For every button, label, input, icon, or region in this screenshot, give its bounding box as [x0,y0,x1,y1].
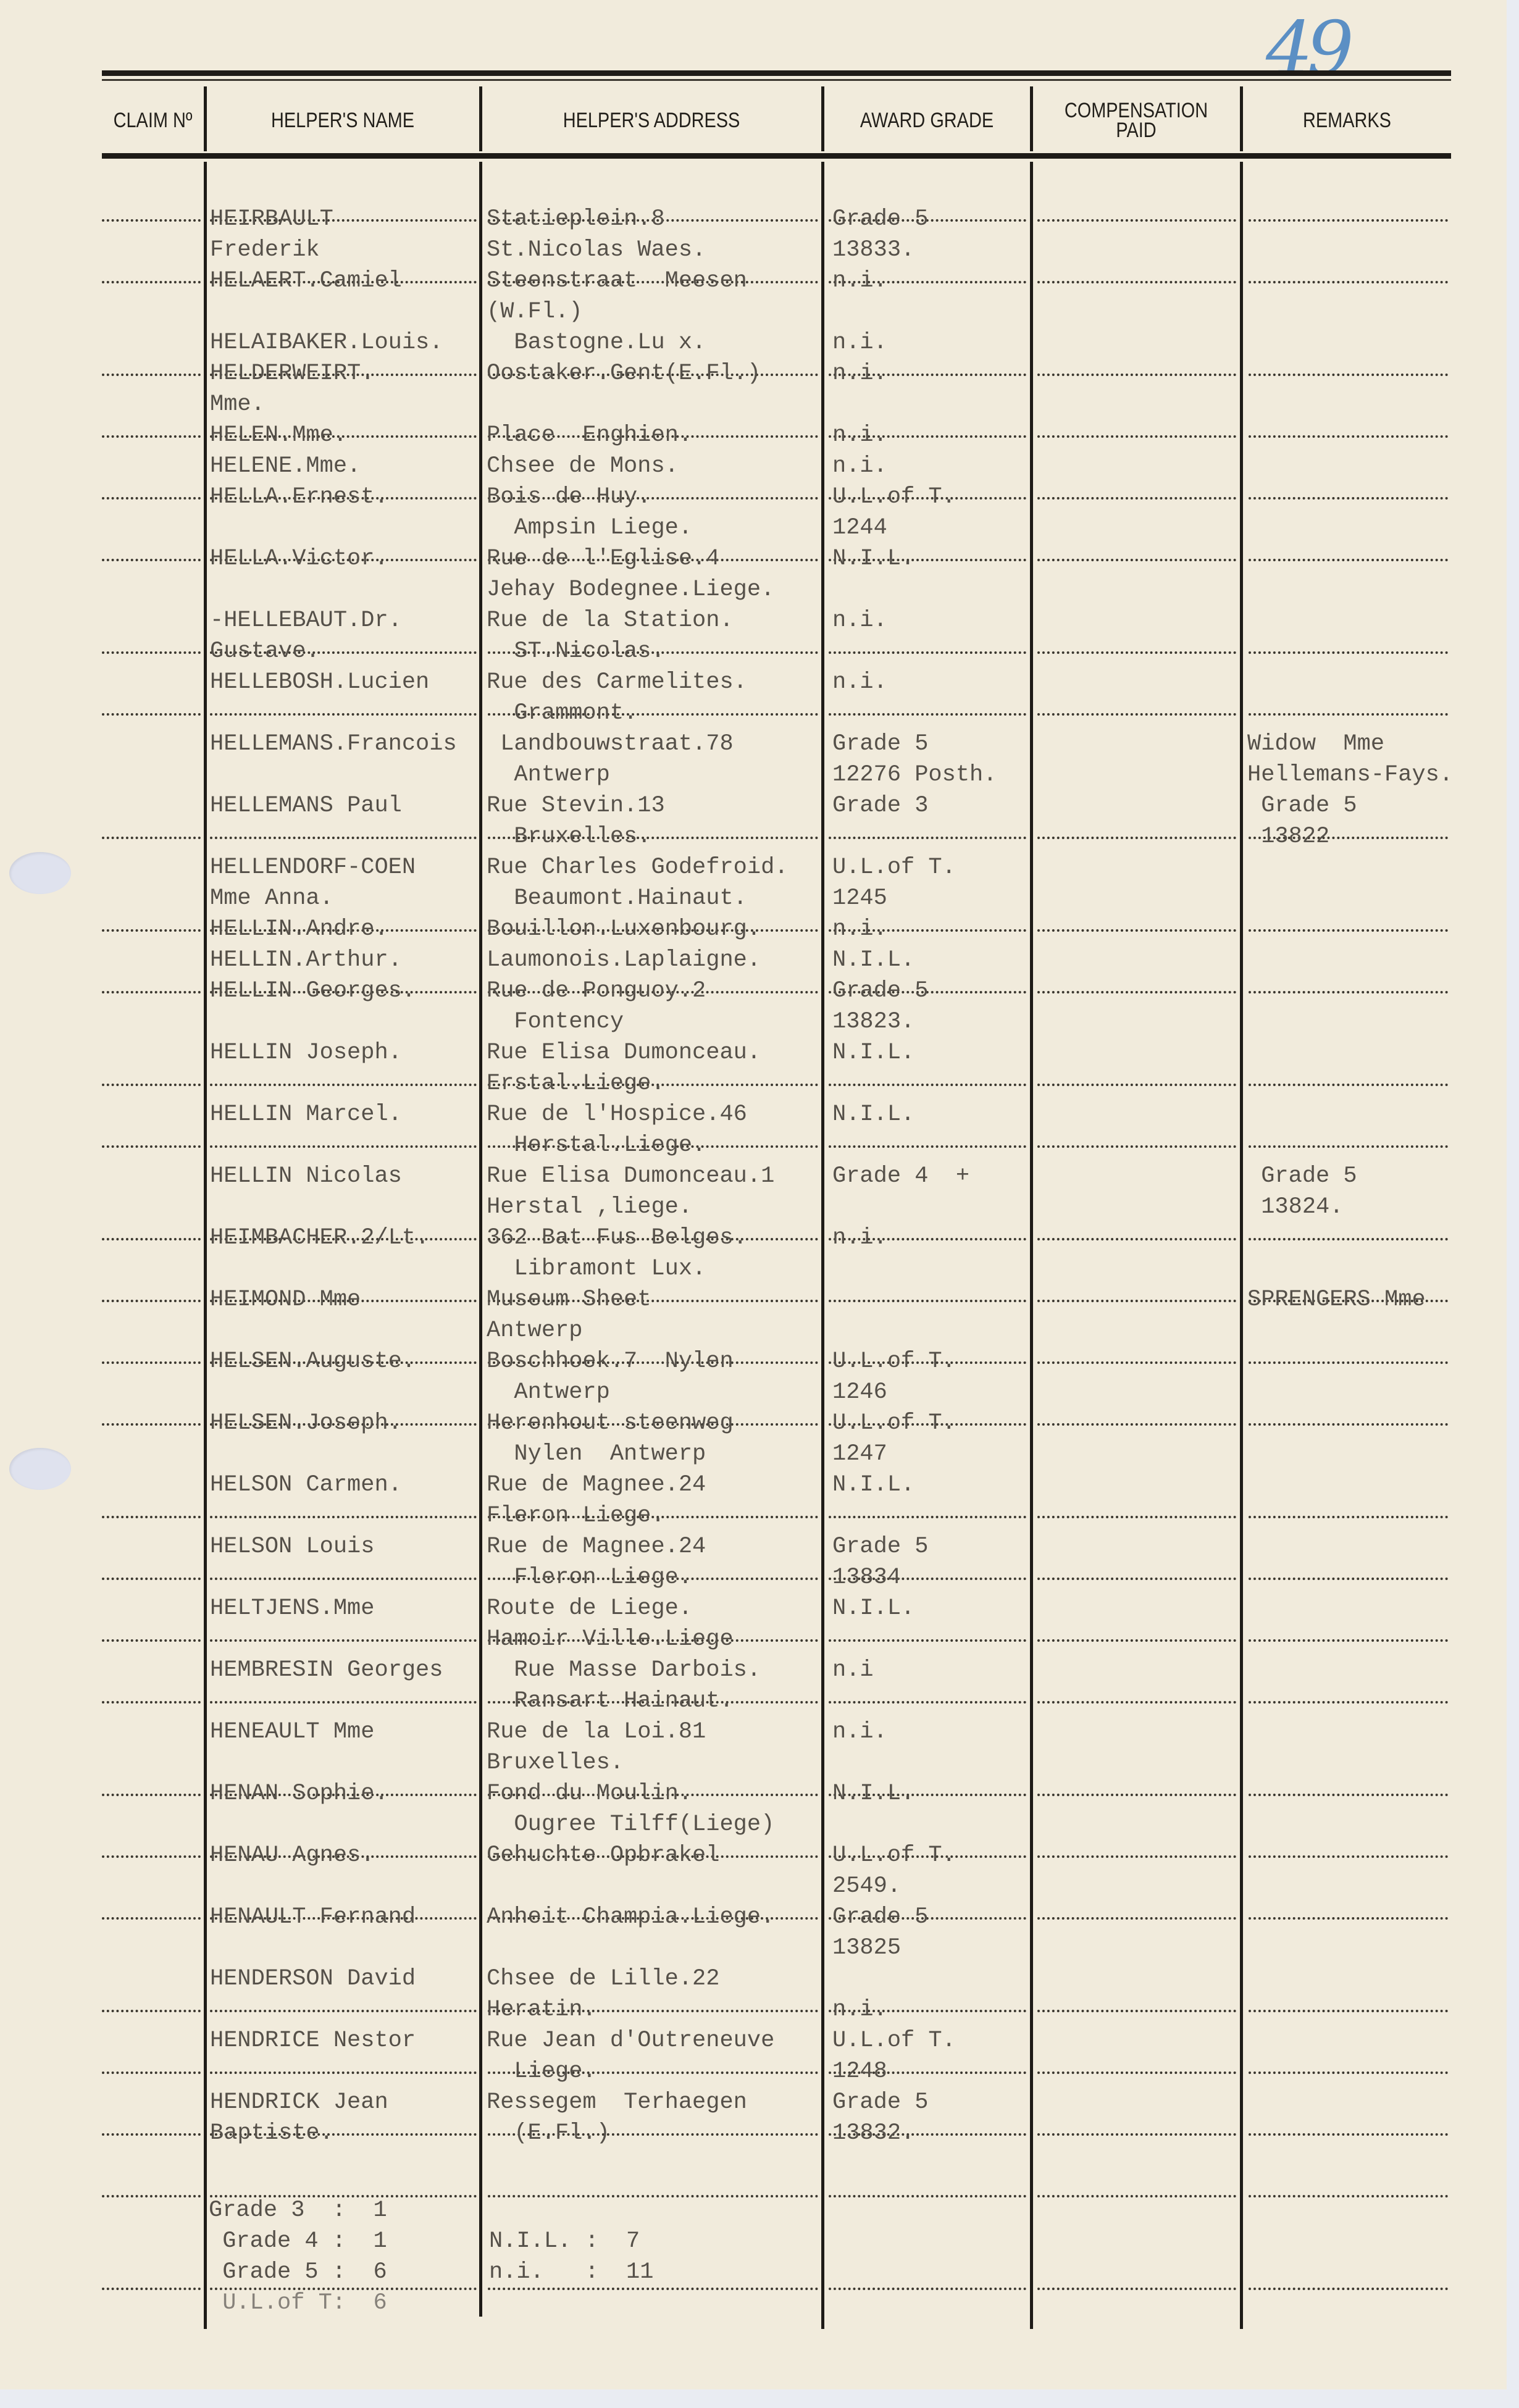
helper-address-cell: Rue de Magnee.24 [487,1469,706,1500]
helper-address-cell: Ampsin Liege. [487,512,692,543]
dotted-rule [210,2071,477,2074]
dotted-rule [102,2288,201,2290]
helper-name-cell: HELLIN Joseph. [210,1037,402,1068]
helper-address-cell: (E.Fl.) [487,2118,610,2149]
dotted-rule [1249,713,1448,716]
helper-name-cell: HELLIN Nicolas [210,1161,402,1192]
award-grade-cell: n.i. [832,1223,887,1253]
dotted-rule [102,2010,201,2012]
punch-hole [9,1448,71,1490]
dotted-rule [102,1300,201,1302]
dotted-rule [1037,1423,1236,1426]
dotted-rule [102,1084,201,1086]
helper-name-cell: HELAERT.Camiel [210,265,402,296]
dotted-rule [102,281,201,283]
dotted-rule [1037,1238,1236,1240]
column-divider [1030,86,1033,151]
award-grade-cell: 1246 [832,1377,887,1408]
header-award-grade: AWARD GRADE [840,93,1014,148]
dotted-rule [829,1701,1026,1704]
award-grade-cell: 12276 Posth. [832,759,997,790]
dotted-rule [1249,2195,1448,2197]
helper-address-cell: Rue de l'Eglise.4 [487,543,719,574]
dotted-rule [210,1516,477,1518]
award-grade-cell: n.i. [832,914,887,945]
helper-address-cell: Chsee de Mons. [487,451,679,482]
dotted-rule [1037,559,1236,561]
helper-name-cell: Mme Anna. [210,883,333,914]
dotted-rule [829,1084,1026,1086]
dotted-rule [102,929,201,932]
dotted-rule [1249,651,1448,654]
award-grade-cell: n.i. [832,1716,887,1747]
helper-address-cell: Museum Sheet [487,1284,651,1315]
dotted-rule [1037,1300,1236,1302]
helper-name-cell: HENAN Sophie. [210,1778,388,1809]
dotted-rule [102,2133,201,2136]
helper-name-cell: HELLEMANS.Francois [210,729,457,759]
dotted-rule [210,2010,477,2012]
dotted-rule [1037,2071,1236,2074]
dotted-rule [1249,219,1448,222]
helper-name-cell: HEIMOND Mme [210,1284,361,1315]
award-grade-cell: U.L.of T. [832,1840,956,1871]
award-grade-cell: n.i. [832,1994,887,2025]
helper-address-cell: Rue Charles Godefroid. [487,852,788,883]
award-grade-cell: 1247 [832,1439,887,1469]
summary-ul-of-t: U.L.of T: 6 [209,2288,387,2318]
helper-address-cell: Hamoir Ville.Liege [487,1624,734,1655]
helper-name-cell: Gustave. [210,636,320,667]
award-grade-cell: Grade 5 [832,976,928,1006]
helper-address-cell: Libramont Lux. [487,1253,706,1284]
dotted-rule [210,1084,477,1086]
helper-address-cell: Boschhoek.7 Nylen [487,1346,734,1377]
helper-address-cell: Rue Elisa Dumonceau.1 [487,1161,774,1192]
dotted-rule [210,837,477,839]
dotted-rule [829,1516,1026,1518]
punch-hole [9,852,71,894]
dotted-rule [1037,2133,1236,2136]
remarks-cell: Widow Mme [1247,729,1384,759]
helper-address-cell: Antwerp [487,1315,582,1346]
helper-address-cell: Rue de l'Hospice.46 [487,1099,747,1130]
dotted-rule [1249,1238,1448,1240]
helper-name-cell: HELDERWEIRT. [210,358,374,389]
dotted-rule [1037,713,1236,716]
dotted-rule [1037,1361,1236,1364]
helper-name-cell: HELSEN.Joseph. [210,1408,402,1439]
dotted-rule [1249,497,1448,500]
dotted-rule [1037,1084,1236,1086]
dotted-rule [1249,374,1448,376]
helper-address-cell: Heratin. [487,1994,596,2025]
dotted-rule [1037,1917,1236,1920]
helper-address-cell: Route de Liege. [487,1593,692,1624]
helper-address-cell: Place Enghien. [487,420,692,451]
award-grade-cell: N.I.L. [832,1037,914,1068]
dotted-rule [102,2195,201,2197]
helper-name-cell: HEMBRESIN Georges [210,1655,443,1686]
helper-address-cell: Statieplein.8 [487,204,665,235]
dotted-rule [1249,281,1448,283]
award-grade-cell: N.I.L. [832,1469,914,1500]
summary-nil: N.I.L. : 7 [489,2226,640,2257]
dotted-rule [102,837,201,839]
award-grade-cell: n.i. [832,605,887,636]
summary-ni: n.i. : 11 [489,2257,653,2288]
dotted-rule [102,1794,201,1796]
award-grade-cell: 1245 [832,883,887,914]
award-grade-cell: N.I.L. [832,1778,914,1809]
helper-address-cell: Bastogne.Lu x. [487,327,706,358]
dotted-rule [102,219,201,222]
dotted-rule [1037,1639,1236,1642]
dotted-rule [1249,1578,1448,1580]
dotted-rule [102,1855,201,1858]
helper-name-cell: HENAULT Fernand [210,1902,416,1933]
helper-address-cell: Herstal.Liege. [487,1130,706,1161]
helper-name-cell: HENAU Agnes. [210,1840,374,1871]
dotted-rule [210,713,477,716]
helper-name-cell: HELTJENS.Mme [210,1593,374,1624]
remarks-cell: SPRENGERS Mme [1247,1284,1426,1315]
dotted-rule [829,651,1026,654]
dotted-rule [1037,435,1236,438]
header-compensation-paid: COMPENSATION PAID [1048,93,1224,148]
helper-address-cell: Rue Stevin.13 [487,790,665,821]
dotted-rule [829,2195,1026,2197]
summary-grade3: Grade 3 : 1 [209,2195,387,2226]
dotted-rule [1249,2288,1448,2290]
dotted-rule [102,1145,201,1148]
column-divider [1240,86,1243,151]
helper-address-cell: Ressegem Terhaegen [487,2087,747,2118]
column-divider [1030,162,1033,2329]
helper-name-cell: HEIMBACHER.2/Lt. [210,1223,429,1253]
helper-address-cell: Rue Elisa Dumonceau. [487,1037,761,1068]
helper-address-cell: Rue des Carmelites. [487,667,747,698]
award-grade-cell: n.i [832,1655,874,1686]
column-divider [821,86,824,151]
dotted-rule [1249,1794,1448,1796]
dotted-rule [1037,2010,1236,2012]
helper-address-cell: Gehuchte Opbrakel [487,1840,719,1871]
award-grade-cell: U.L.of T. [832,2025,956,2056]
helper-name-cell: HELAIBAKER.Louis. [210,327,443,358]
dotted-rule [488,2288,818,2290]
helper-name-cell: HENEAULT Mme [210,1716,374,1747]
helper-address-cell: Liege. [487,2056,596,2087]
award-grade-cell: N.I.L. [832,1099,914,1130]
remarks-cell: Grade 5 [1247,1161,1357,1192]
award-grade-cell: n.i. [832,327,887,358]
dotted-rule [102,991,201,993]
helper-address-cell: Chsee de Lille.22 [487,1963,719,1994]
helper-name-cell: HELLEMANS Paul [210,790,402,821]
award-grade-cell: 13832. [832,2118,914,2149]
dotted-rule [1037,929,1236,932]
dotted-rule [1249,1639,1448,1642]
dotted-rule [1249,1516,1448,1518]
column-divider [479,86,482,151]
dotted-rule [1037,1578,1236,1580]
helper-address-cell: Laumonois.Laplaigne. [487,945,761,976]
helper-address-cell: Bouillon.Luxenbourg. [487,914,761,945]
award-grade-cell: n.i. [832,358,887,389]
dotted-rule [102,2071,201,2074]
dotted-rule [1249,1084,1448,1086]
helper-address-cell: Anheit Champia.Liege. [487,1902,774,1933]
dotted-rule [1249,2010,1448,2012]
dotted-rule [210,1578,477,1580]
remarks-cell: 13824. [1247,1192,1343,1223]
helper-name-cell: Mme. [210,389,265,420]
helper-name-cell: HEIRBAULT [210,204,333,235]
dotted-rule [210,1639,477,1642]
helper-address-cell: Rue de Magnee.24 [487,1531,706,1562]
dotted-rule [488,2195,818,2197]
dotted-rule [102,435,201,438]
column-divider [821,162,824,2329]
dotted-rule [102,1578,201,1580]
remarks-cell: 13822 [1247,821,1329,852]
helper-name-cell: HELLA.Victor. [210,543,388,574]
award-grade-cell: Grade 5 [832,204,928,235]
award-grade-cell: N.I.L. [832,1593,914,1624]
helper-name-cell: HELENE.Mme. [210,451,361,482]
award-grade-cell: n.i. [832,265,887,296]
dotted-rule [102,1639,201,1642]
helper-name-cell: HELLEBOSH.Lucien [210,667,429,698]
header-helpers-address: HELPER'S ADDRESS [508,93,795,148]
helper-address-cell: Fleron Liege. [487,1562,692,1593]
helper-address-cell: Jehay Bodegnee.Liege. [487,574,774,605]
helper-address-cell: Herstal ,liege. [487,1192,692,1223]
helper-address-cell: Antwerp [487,759,610,790]
award-grade-cell: n.i. [832,420,887,451]
dotted-rule [1249,435,1448,438]
award-grade-cell: U.L.of T. [832,1346,956,1377]
award-grade-cell: U.L.of T. [832,1408,956,1439]
dotted-rule [1249,2071,1448,2074]
award-grade-cell: 13833. [832,235,914,265]
header-top-rule [102,70,1451,76]
dotted-rule [829,713,1026,716]
helper-name-cell: HENDERSON David [210,1963,416,1994]
summary-grade5: Grade 5 : 6 [209,2257,387,2288]
helper-name-cell: HELEN.Mme. [210,420,347,451]
helper-address-cell: Bois de Huy. [487,482,651,512]
award-grade-cell: Grade 3 [832,790,928,821]
helper-name-cell: HELLENDORF-COEN [210,852,416,883]
dotted-rule [102,1238,201,1240]
award-grade-cell: N.I.L. [832,945,914,976]
header-claim-no: CLAIM Nº [109,93,196,148]
helper-address-cell: Steenstraat Meesen [487,265,747,296]
helper-address-cell: Fontency [487,1006,624,1037]
helper-address-cell: Rue de la Loi.81 [487,1716,706,1747]
helper-name-cell: HELLIN.Andre. [210,914,388,945]
award-grade-cell: 1248 [832,2056,887,2087]
award-grade-cell: N.I.L. [832,543,914,574]
dotted-rule [102,497,201,500]
helper-address-cell: Bruxelles. [487,821,651,852]
helper-address-cell: Nylen Antwerp [487,1439,706,1469]
helper-address-cell: Rue de la Station. [487,605,734,636]
helper-address-cell: Ougree Tilff(Liege) [487,1809,774,1840]
dotted-rule [1249,1701,1448,1704]
award-grade-cell: U.L.of T. [832,852,956,883]
award-grade-cell: 13823. [832,1006,914,1037]
summary-grade4: Grade 4 : 1 [209,2226,387,2257]
dotted-rule [1249,929,1448,932]
dotted-rule [1249,2133,1448,2136]
dotted-rule [210,1701,477,1704]
column-divider [1240,162,1243,2329]
award-grade-cell: Grade 5 [832,1531,928,1562]
column-divider [204,162,207,2329]
dotted-rule [829,1145,1026,1148]
helper-name-cell: HELLIN Georges. [210,976,416,1006]
dotted-rule [102,1361,201,1364]
document-page: 49 CLAIM Nº HELPER'S NAME HELPER'S ADDRE… [0,0,1507,2389]
dotted-rule [829,1300,1026,1302]
helper-name-cell: HELLIN.Arthur. [210,945,402,976]
helper-address-cell: St.Nicolas Waes. [487,235,706,265]
dotted-rule [1249,1917,1448,1920]
award-grade-cell: 1244 [832,512,887,543]
helper-address-cell: Beaumont.Hainaut. [487,883,747,914]
helper-name-cell: HELLIN Marcel. [210,1099,402,1130]
award-grade-cell: 13825 [832,1933,901,1963]
helper-address-cell: ST.Nicolas. [487,636,665,667]
dotted-rule [1037,219,1236,222]
helper-address-cell: Ransart Hainaut. [487,1686,734,1716]
dotted-rule [1037,1855,1236,1858]
helper-address-cell: Rue Masse Darbois. [487,1655,761,1686]
dotted-rule [1037,1516,1236,1518]
dotted-rule [1037,1145,1236,1148]
dotted-rule [1249,1361,1448,1364]
dotted-rule [102,1423,201,1426]
helper-address-cell: Landbouwstraat.78 [487,729,734,759]
award-grade-cell: 2549. [832,1871,901,1902]
column-divider [204,86,207,151]
dotted-rule [102,374,201,376]
dotted-rule [1249,1145,1448,1148]
dotted-rule [102,651,201,654]
dotted-rule [102,1701,201,1704]
header-top-thin-rule [102,79,1451,81]
award-grade-cell: 13834 [832,1562,901,1593]
dotted-rule [102,1917,201,1920]
helper-address-cell: Antwerp [487,1377,610,1408]
column-divider [479,162,482,2317]
helper-name-cell: HELSON Carmen. [210,1469,402,1500]
dotted-rule [1037,991,1236,993]
header-bottom-rule [102,153,1451,159]
dotted-rule [1037,374,1236,376]
helper-name-cell: HELSEN.Auguste. [210,1346,416,1377]
helper-name-cell: Frederik [210,235,320,265]
dotted-rule [1037,651,1236,654]
remarks-cell: Hellemans-Fays. [1247,759,1453,790]
helper-name-cell: HELLA.Ernest. [210,482,388,512]
dotted-rule [1037,497,1236,500]
dotted-rule [1249,559,1448,561]
dotted-rule [829,1639,1026,1642]
dotted-rule [210,1145,477,1148]
helper-name-cell: Baptiste. [210,2118,333,2149]
remarks-cell: Grade 5 [1247,790,1357,821]
award-grade-cell: Grade 5 [832,2087,928,2118]
helper-address-cell: 362 Bat Fus Belges. [487,1223,747,1253]
helper-address-cell: Bruxelles. [487,1747,624,1778]
dotted-rule [1249,1423,1448,1426]
dotted-rule [1037,281,1236,283]
helper-address-cell: Rue de Ponguoy.2 [487,976,706,1006]
helper-address-cell: Grammont. [487,698,637,729]
dotted-rule [829,837,1026,839]
helper-address-cell: Fleron Liege. [487,1500,665,1531]
helper-address-cell: Herenhout steenweg [487,1408,734,1439]
helper-address-cell: Oostaker.Gent(E.Fl.) [487,358,761,389]
dotted-rule [1037,1794,1236,1796]
dotted-rule [1249,991,1448,993]
helper-address-cell: (W.Fl.) [487,296,582,327]
helper-name-cell: HENDRICK Jean [210,2087,388,2118]
dotted-rule [102,713,201,716]
header-remarks: REMARKS [1258,93,1435,148]
helper-address-cell: Rue Jean d'Outreneuve [487,2025,774,2056]
helper-address-cell: Erstal.Liege. [487,1068,665,1099]
dotted-rule [1037,2288,1236,2290]
helper-name-cell: HELSON Louis [210,1531,374,1562]
helper-name-cell: -HELLEBAUT.Dr. [210,605,402,636]
helper-address-cell: Fond du Moulin. [487,1778,692,1809]
dotted-rule [1037,2195,1236,2197]
award-grade-cell: Grade 5 [832,1902,928,1933]
award-grade-cell: n.i. [832,451,887,482]
award-grade-cell: Grade 5 [832,729,928,759]
award-grade-cell: Grade 4 + [832,1161,969,1192]
dotted-rule [102,559,201,561]
award-grade-cell: n.i. [832,667,887,698]
dotted-rule [1249,1855,1448,1858]
dotted-rule [1037,1701,1236,1704]
dotted-rule [829,2288,1026,2290]
dotted-rule [102,1516,201,1518]
dotted-rule [1037,837,1236,839]
helper-name-cell: HENDRICE Nestor [210,2025,416,2056]
award-grade-cell: U.L.of T. [832,482,956,512]
header-helpers-name: HELPER'S NAME [227,93,458,148]
